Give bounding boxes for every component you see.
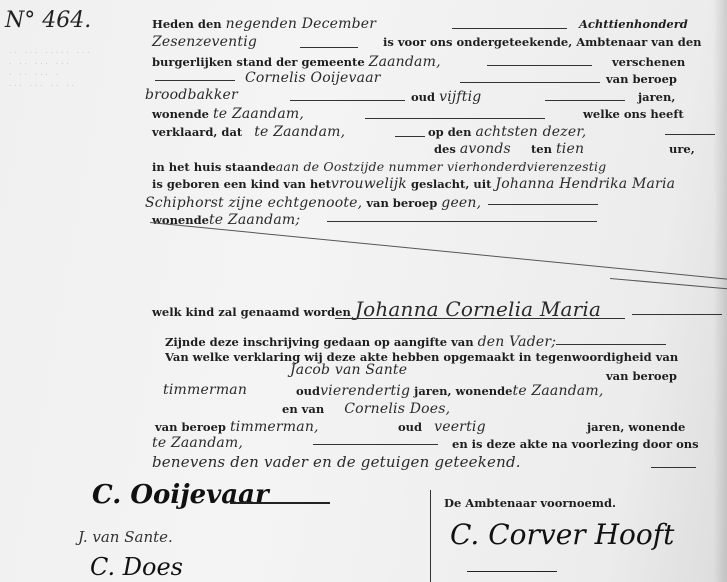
line-18: en van Cornelis Does, xyxy=(282,402,450,416)
handwritten-mother-occupation: geen, xyxy=(441,195,481,211)
document-page: ·· ··· ····· ··· · ·· ··· ··· · ·· ··· ·… xyxy=(0,0,727,582)
printed-text: op den xyxy=(428,125,471,139)
printed-text: oud xyxy=(411,90,435,104)
fill-rule xyxy=(290,100,405,101)
printed-text: van beroep xyxy=(606,72,677,86)
handwritten-declarant-role: den Vader; xyxy=(478,334,557,350)
handwritten-birthplace: te Zaandam, xyxy=(254,124,345,140)
fill-rule xyxy=(632,314,722,315)
handwritten-date: negenden December xyxy=(226,16,377,32)
line-16-end: van beroep xyxy=(606,369,677,383)
fill-rule xyxy=(460,82,600,83)
line-19: van beroep timmerman, xyxy=(155,420,319,434)
printed-text: burgerlijken stand der gemeente xyxy=(152,55,365,69)
printed-text: Van welke verklaring wij deze akte hebbe… xyxy=(165,350,678,364)
handwritten-mother-residence: te Zaandam; xyxy=(209,212,300,228)
handwritten-time-of-day: avonds xyxy=(460,141,511,157)
signature-underline xyxy=(230,502,330,504)
line-16: Jacob van Sante xyxy=(290,363,407,377)
line-6-end: welke ons heeft xyxy=(583,107,684,121)
printed-text: Heden den xyxy=(152,17,222,31)
line-17: timmerman xyxy=(163,383,247,397)
printed-text: geslacht, uit xyxy=(411,177,491,191)
witness2-signature: C. Does xyxy=(90,553,183,581)
fill-rule xyxy=(335,318,625,319)
handwritten-witness2-name: Cornelis Does, xyxy=(344,401,450,417)
handwritten-witness2-occupation: timmerman, xyxy=(230,419,319,435)
printed-text: welke ons heeft xyxy=(583,107,684,121)
ghost-line: ··· ··· ·· ·· xyxy=(8,81,123,92)
line-19-mid: oud veertig xyxy=(398,420,486,434)
line-15: Van welke verklaring wij deze akte hebbe… xyxy=(165,350,678,364)
line-21: benevens den vader en de getuigen geteek… xyxy=(152,455,521,470)
printed-text: ten xyxy=(531,142,552,156)
printed-text: oud xyxy=(296,384,320,398)
printed-text: van beroep xyxy=(366,196,437,210)
officer-signature: C. Corver Hooft xyxy=(450,518,674,551)
fill-rule xyxy=(545,100,625,101)
fill-rule xyxy=(365,118,545,119)
fill-rule xyxy=(651,467,696,468)
signature-brace xyxy=(430,490,439,582)
printed-text: jaren, wonende xyxy=(414,384,512,398)
line-10: is geboren een kind van hetvrouwelijk ge… xyxy=(152,177,675,191)
printed-text: Zijnde deze inschrijving gedaan op aangi… xyxy=(165,335,474,349)
line-1-end: Achttienhonderd xyxy=(579,17,688,31)
line-7: verklaard, dat te Zaandam, xyxy=(152,125,345,139)
ghost-line: ·· ··· ····· ··· xyxy=(8,48,123,59)
fill-rule xyxy=(155,80,235,81)
handwritten-declarant-name: Cornelis Ooijevaar xyxy=(245,70,381,86)
line-20-end: en is deze akte na voorlezing door ons xyxy=(452,437,699,451)
ghost-line: · ·· ··· ··· xyxy=(8,59,123,70)
line-8: des avonds ten tien xyxy=(434,142,584,156)
line-9: in het huis staandeaan de Oostzijde numm… xyxy=(152,160,606,174)
handwritten-hour: tien xyxy=(556,141,584,157)
printed-text: welk kind zal genaamd worden xyxy=(152,305,351,319)
printed-text: Achttienhonderd xyxy=(579,17,688,31)
printed-text: in het huis staande xyxy=(152,160,276,174)
fill-rule xyxy=(395,136,425,137)
handwritten-closing: benevens den vader en de getuigen geteek… xyxy=(152,453,521,471)
handwritten-mother-surname: Schiphorst zijne echtgenoote, xyxy=(145,195,362,211)
printed-text: verschenen xyxy=(612,55,685,69)
line-4-end: van beroep xyxy=(606,72,677,86)
line-2: Zesenzeventig xyxy=(152,35,257,49)
handwritten-witness1-name: Jacob van Sante xyxy=(290,362,407,378)
signature-underline xyxy=(467,571,557,572)
handwritten-witness2-residence: te Zaandam, xyxy=(152,435,243,451)
printed-text: oud xyxy=(398,420,422,434)
line-14: Zijnde deze inschrijving gedaan op aangi… xyxy=(165,335,556,349)
handwritten-witness1-occupation: timmerman xyxy=(163,382,247,398)
printed-text: is geboren een kind van het xyxy=(152,177,331,191)
line-3-end: verschenen xyxy=(612,55,685,69)
printed-text: wonende xyxy=(152,107,209,121)
line-5-mid: oud vijftig xyxy=(411,90,481,104)
line-6: wonende te Zaandam, xyxy=(152,107,304,121)
line-4: Cornelis Ooijevaar xyxy=(245,71,381,85)
strike-line xyxy=(610,278,727,289)
page-edge-shadow xyxy=(713,0,727,582)
handwritten-municipality: Zaandam, xyxy=(369,54,441,70)
printed-text: van beroep xyxy=(606,369,677,383)
fill-rule xyxy=(487,65,592,66)
officer-label: De Ambtenaar voornoemd. xyxy=(444,496,616,510)
line-5: broodbakker xyxy=(145,88,238,102)
line-5-end: jaren, xyxy=(638,90,675,104)
line-7-end: op den achtsten dezer, xyxy=(428,125,586,139)
handwritten-birth-day: achtsten dezer, xyxy=(475,124,586,140)
printed-text: verklaard, dat xyxy=(152,125,242,139)
line-13: welk kind zal genaamd worden Johanna Cor… xyxy=(152,302,601,319)
handwritten-occupation: broodbakker xyxy=(145,87,238,103)
faded-margin-text: ·· ··· ····· ··· · ·· ··· ··· · ·· ··· ·… xyxy=(8,48,123,92)
printed-text: ure, xyxy=(669,142,695,156)
witness1-signature: J. van Sante. xyxy=(78,528,173,546)
handwritten-witness1-residence: te Zaandam, xyxy=(513,383,604,399)
act-number: N° 464. xyxy=(5,8,91,33)
line-19-end: jaren, wonende xyxy=(587,420,685,434)
fill-rule xyxy=(327,221,597,222)
handwritten-mother-name: Johanna Hendrika Maria xyxy=(495,176,675,192)
handwritten-sex: vrouwelijk xyxy=(331,176,407,192)
line-2-end: is voor ons ondergeteekende, Ambtenaar v… xyxy=(383,35,702,49)
printed-text: en is deze akte na voorlezing door ons xyxy=(452,437,699,451)
line-17-mid: oudvierendertig jaren, wonendete Zaandam… xyxy=(296,384,604,398)
handwritten-year: Zesenzeventig xyxy=(152,34,257,50)
line-3: burgerlijken stand der gemeente Zaandam, xyxy=(152,55,441,69)
line-8-end: ure, xyxy=(669,142,695,156)
printed-text: des xyxy=(434,142,456,156)
fill-rule xyxy=(488,204,598,205)
fill-rule xyxy=(300,47,358,48)
printed-text: jaren, xyxy=(638,90,675,104)
printed-text: is voor ons ondergeteekende, Ambtenaar v… xyxy=(383,35,702,49)
strike-line xyxy=(150,222,727,280)
printed-text: De Ambtenaar voornoemd. xyxy=(444,496,616,510)
printed-text: jaren, wonende xyxy=(587,420,685,434)
printed-text: en van xyxy=(282,402,324,416)
handwritten-witness2-age: veertig xyxy=(434,419,486,435)
fill-rule xyxy=(313,444,438,445)
handwritten-witness1-age: vierendertig xyxy=(320,383,410,399)
fill-rule xyxy=(452,28,567,29)
printed-text: van beroep xyxy=(155,420,226,434)
line-1: Heden den negenden December xyxy=(152,17,376,31)
fill-rule xyxy=(556,344,666,345)
handwritten-address: aan de Oostzijde nummer vierhonderdviere… xyxy=(276,159,607,174)
ghost-line: · ·· ··· · xyxy=(8,70,123,81)
fill-rule xyxy=(665,134,715,135)
declarant-signature: C. Ooijevaar xyxy=(92,480,269,510)
handwritten-residence: te Zaandam, xyxy=(213,106,304,122)
handwritten-age: vijftig xyxy=(439,89,481,105)
line-11: Schiphorst zijne echtgenoote, van beroep… xyxy=(145,196,481,210)
line-20: te Zaandam, xyxy=(152,436,243,450)
